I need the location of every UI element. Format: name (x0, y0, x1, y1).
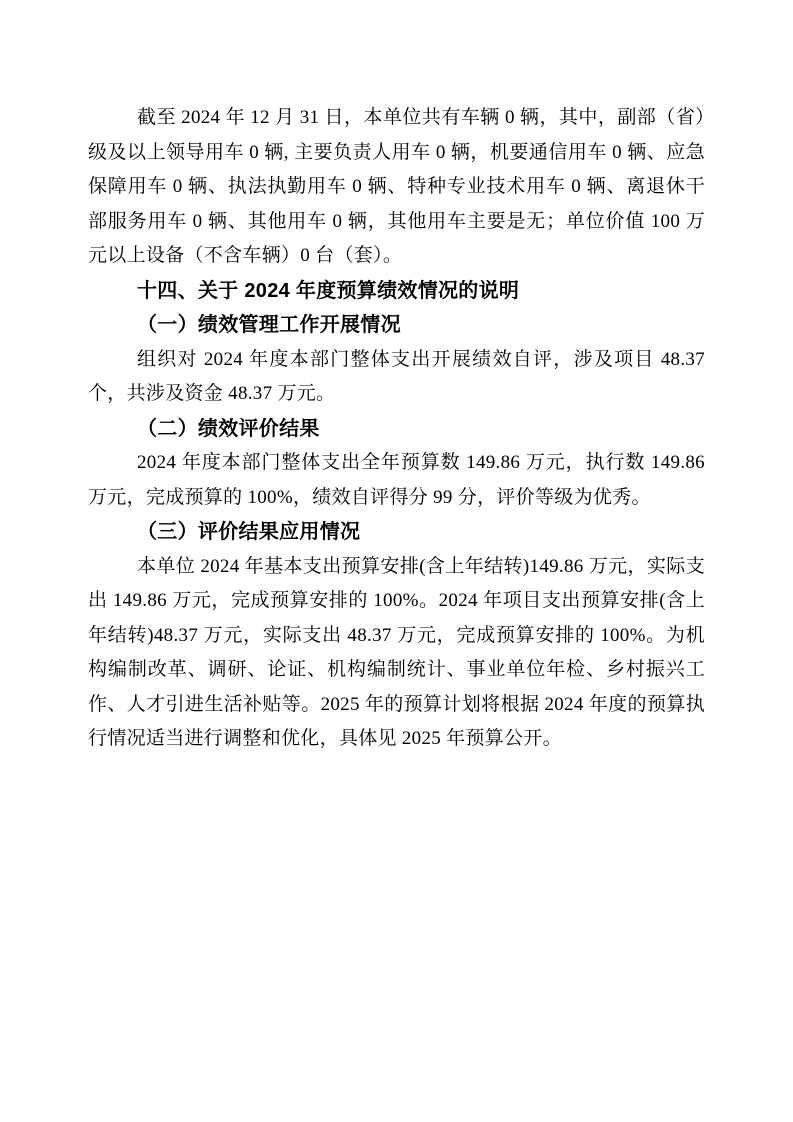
subheading-3-result-application: （三）评价结果应用情况 (88, 515, 705, 550)
document-content: 截至 2024 年 12 月 31 日，本单位共有车辆 0 辆，其中，副部（省）… (0, 0, 793, 757)
paragraph-result-application-details: 本单位 2024 年基本支出预算安排(含上年结转)149.86 万元，实际支出 … (88, 550, 705, 757)
paragraph-budget-execution-results: 2024 年度本部门整体支出全年预算数 149.86 万元，执行数 149.86… (88, 446, 705, 515)
subheading-1-performance-management: （一）绩效管理工作开展情况 (88, 308, 705, 343)
subheading-2-evaluation-results: （二）绩效评价结果 (88, 412, 705, 447)
section-heading-14-budget-performance: 十四、关于 2024 年度预算绩效情况的说明 (88, 274, 705, 309)
document-page: 截至 2024 年 12 月 31 日，本单位共有车辆 0 辆，其中，副部（省）… (0, 0, 793, 1122)
paragraph-performance-self-evaluation: 组织对 2024 年度本部门整体支出开展绩效自评，涉及项目 48.37 个，共涉… (88, 343, 705, 412)
paragraph-vehicle-and-assets: 截至 2024 年 12 月 31 日，本单位共有车辆 0 辆，其中，副部（省）… (88, 101, 705, 274)
